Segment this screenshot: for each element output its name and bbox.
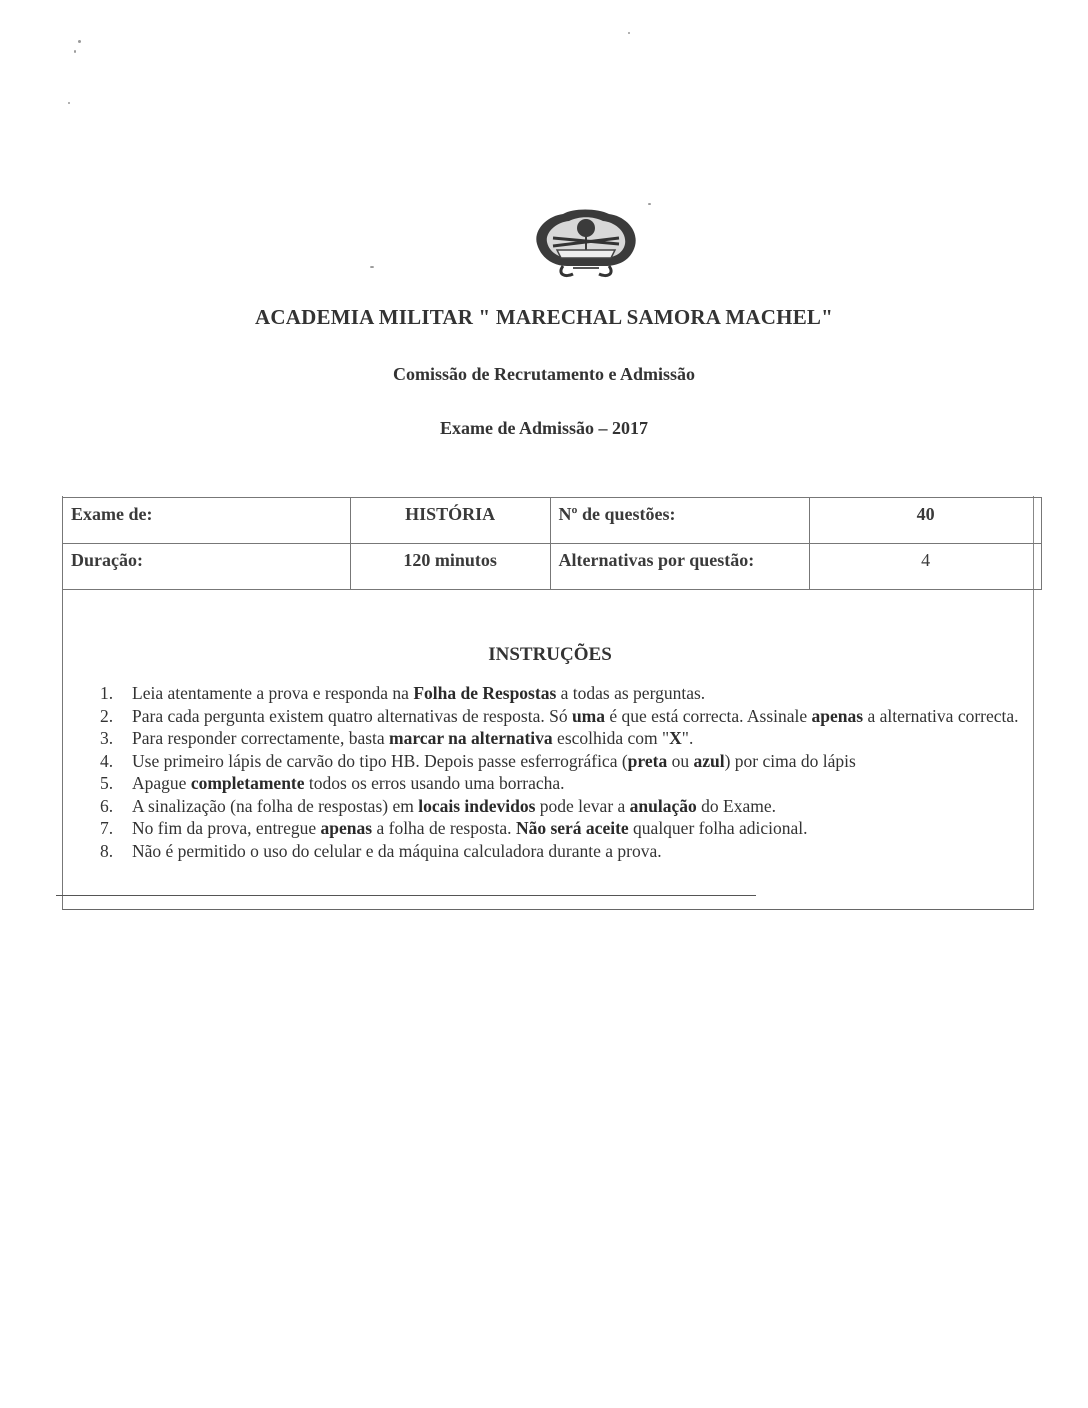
commission-name: Comissão de Recrutamento e Admissão [0,364,1088,385]
instruction-item: 5.Apague completamente todos os erros us… [100,772,1035,795]
divider [56,895,756,896]
duration-label: Duração: [63,544,351,590]
exam-info-table: Exame de: HISTÓRIA Nº de questões: 40 Du… [62,497,1042,590]
scan-speck [370,266,374,268]
instruction-item: 4.Use primeiro lápis de carvão do tipo H… [100,750,1035,773]
instruction-text: No fim da prova, entregue apenas a folha… [132,818,808,838]
question-count-label: Nº de questões: [550,498,810,544]
instruction-text: Use primeiro lápis de carvão do tipo HB.… [132,751,856,771]
alternatives-value: 4 [810,544,1042,590]
table-row: Duração: 120 minutos Alternativas por qu… [63,544,1042,590]
instruction-item: 3.Para responder correctamente, basta ma… [100,727,1035,750]
instruction-number: 6. [100,795,113,818]
instruction-text: Para responder correctamente, basta marc… [132,728,693,748]
instruction-text: A sinalização (na folha de respostas) em… [132,796,776,816]
instruction-number: 4. [100,750,113,773]
instruction-text: Não é permitido o uso do celular e da má… [132,841,662,861]
instructions-title: INSTRUÇÕES [0,644,1088,666]
duration-value: 120 minutos [350,544,550,590]
table-row: Exame de: HISTÓRIA Nº de questões: 40 [63,498,1042,544]
scan-speck [78,40,81,43]
instruction-text: Para cada pergunta existem quatro altern… [132,706,1019,726]
instruction-number: 5. [100,772,113,795]
instruction-item: 8.Não é permitido o uso do celular e da … [100,840,1035,863]
instruction-item: 2.Para cada pergunta existem quatro alte… [100,705,1035,728]
instruction-item: 6.A sinalização (na folha de respostas) … [100,795,1035,818]
instruction-number: 8. [100,840,113,863]
instruction-text: Apague completamente todos os erros usan… [132,773,565,793]
instruction-number: 1. [100,682,113,705]
exam-subject-label: Exame de: [63,498,351,544]
institution-name: ACADEMIA MILITAR " MARECHAL SAMORA MACHE… [0,305,1088,330]
instruction-item: 7.No fim da prova, entregue apenas a fol… [100,817,1035,840]
question-count-value: 40 [810,498,1042,544]
instruction-number: 2. [100,705,113,728]
instruction-item: 1.Leia atentamente a prova e responda na… [100,682,1035,705]
scan-speck [628,32,630,34]
academy-crest-icon [527,204,645,282]
scan-speck [68,102,70,104]
instruction-number: 7. [100,817,113,840]
exam-title: Exame de Admissão – 2017 [0,418,1088,439]
scan-speck [648,203,651,205]
exam-subject-value: HISTÓRIA [350,498,550,544]
instruction-number: 3. [100,727,113,750]
scan-speck [74,50,76,53]
alternatives-label: Alternativas por questão: [550,544,810,590]
instruction-text: Leia atentamente a prova e responda na F… [132,683,705,703]
question-count-number: 40 [917,504,935,524]
instructions-list: 1.Leia atentamente a prova e responda na… [100,682,1035,862]
